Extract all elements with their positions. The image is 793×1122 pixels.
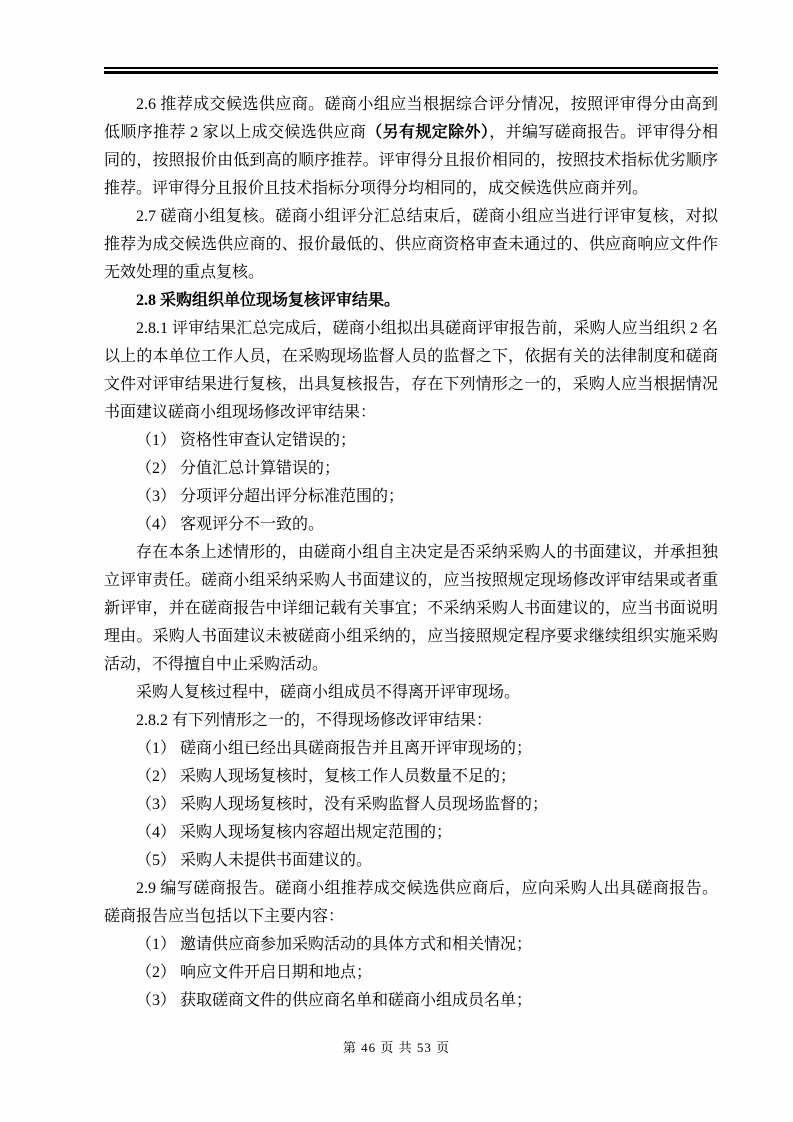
list-item: （2） 采购人现场复核时，复核工作人员数量不足的； [104,763,718,791]
text-segment: （5） 采购人未提供书面建议的。 [136,852,372,869]
header-separator-line [104,67,718,74]
list-item: （1） 磋商小组已经出具磋商报告并且离开评审现场的； [104,735,718,763]
text-segment: 2.9 编写磋商报告。磋商小组推荐成交候选供应商后，应向采购人出具磋商报告。磋商… [104,880,718,925]
list-item: （3） 采购人现场复核时，没有采购监督人员现场监督的； [104,791,718,819]
list-item: （2） 响应文件开启日期和地点； [104,959,718,987]
paragraph: 采购人复核过程中，磋商小组成员不得离开评审现场。 [104,679,718,707]
text-segment: （3） 获取磋商文件的供应商名单和磋商小组成员名单； [136,992,532,1009]
list-item: （3） 分项评分超出评分标准范围的； [104,483,718,511]
list-item: （1） 邀请供应商参加采购活动的具体方式和相关情况； [104,931,718,959]
text-segment: 2.8.1 评审结果汇总完成后，磋商小组拟出具磋商评审报告前，采购人应当组织 2… [104,320,718,421]
list-item: （3） 获取磋商文件的供应商名单和磋商小组成员名单； [104,987,718,1015]
list-item: （5） 采购人未提供书面建议的。 [104,847,718,875]
text-segment: 2.8.2 有下列情形之一的，不得现场修改评审结果： [136,712,492,729]
document-page: 2.6 推荐成交候选供应商。磋商小组应当根据综合评分情况，按照评审得分由高到低顺… [0,0,793,1122]
page-number: 第 46 页 共 53 页 [0,1040,793,1056]
text-segment: （1） 磋商小组已经出具磋商报告并且离开评审现场的； [136,740,532,757]
list-item: （4） 客观评分不一致的。 [104,511,718,539]
bold-text-segment: （另有规定除外） [366,124,489,141]
paragraph: 2.9 编写磋商报告。磋商小组推荐成交候选供应商后，应向采购人出具磋商报告。磋商… [104,875,718,931]
text-segment: （2） 响应文件开启日期和地点； [136,964,372,981]
paragraph: 2.7 磋商小组复核。磋商小组评分汇总结束后，磋商小组应当进行评审复核，对拟推荐… [104,203,718,287]
paragraph: 2.8.2 有下列情形之一的，不得现场修改评审结果： [104,707,718,735]
text-segment: 采购人复核过程中，磋商小组成员不得离开评审现场。 [136,684,520,701]
text-segment: 2.7 磋商小组复核。磋商小组评分汇总结束后，磋商小组应当进行评审复核，对拟推荐… [104,208,718,281]
text-segment: （4） 客观评分不一致的。 [136,516,324,533]
paragraph: 2.8.1 评审结果汇总完成后，磋商小组拟出具磋商评审报告前，采购人应当组织 2… [104,315,718,427]
text-segment: （3） 分项评分超出评分标准范围的； [136,488,404,505]
text-segment: （2） 采购人现场复核时，复核工作人员数量不足的； [136,768,516,785]
list-item: （4） 采购人现场复核内容超出规定范围的； [104,819,718,847]
text-segment: 2.8 采购组织单位现场复核评审结果。 [136,292,400,309]
section-heading: 2.8 采购组织单位现场复核评审结果。 [104,287,718,315]
text-segment: （3） 采购人现场复核时，没有采购监督人员现场监督的； [136,796,548,813]
text-segment: （1） 邀请供应商参加采购活动的具体方式和相关情况； [136,936,532,953]
text-segment: 存在本条上述情形的，由磋商小组自主决定是否采纳采购人的书面建议，并承担独立评审责… [104,544,718,673]
text-segment: （2） 分值汇总计算错误的； [136,460,340,477]
list-item: （1） 资格性审查认定错误的； [104,427,718,455]
list-item: （2） 分值汇总计算错误的； [104,455,718,483]
paragraph: 2.6 推荐成交候选供应商。磋商小组应当根据综合评分情况，按照评审得分由高到低顺… [104,91,718,203]
text-segment: （1） 资格性审查认定错误的； [136,432,356,449]
text-segment: （4） 采购人现场复核内容超出规定范围的； [136,824,452,841]
document-body: 2.6 推荐成交候选供应商。磋商小组应当根据综合评分情况，按照评审得分由高到低顺… [104,91,718,1015]
paragraph: 存在本条上述情形的，由磋商小组自主决定是否采纳采购人的书面建议，并承担独立评审责… [104,539,718,679]
